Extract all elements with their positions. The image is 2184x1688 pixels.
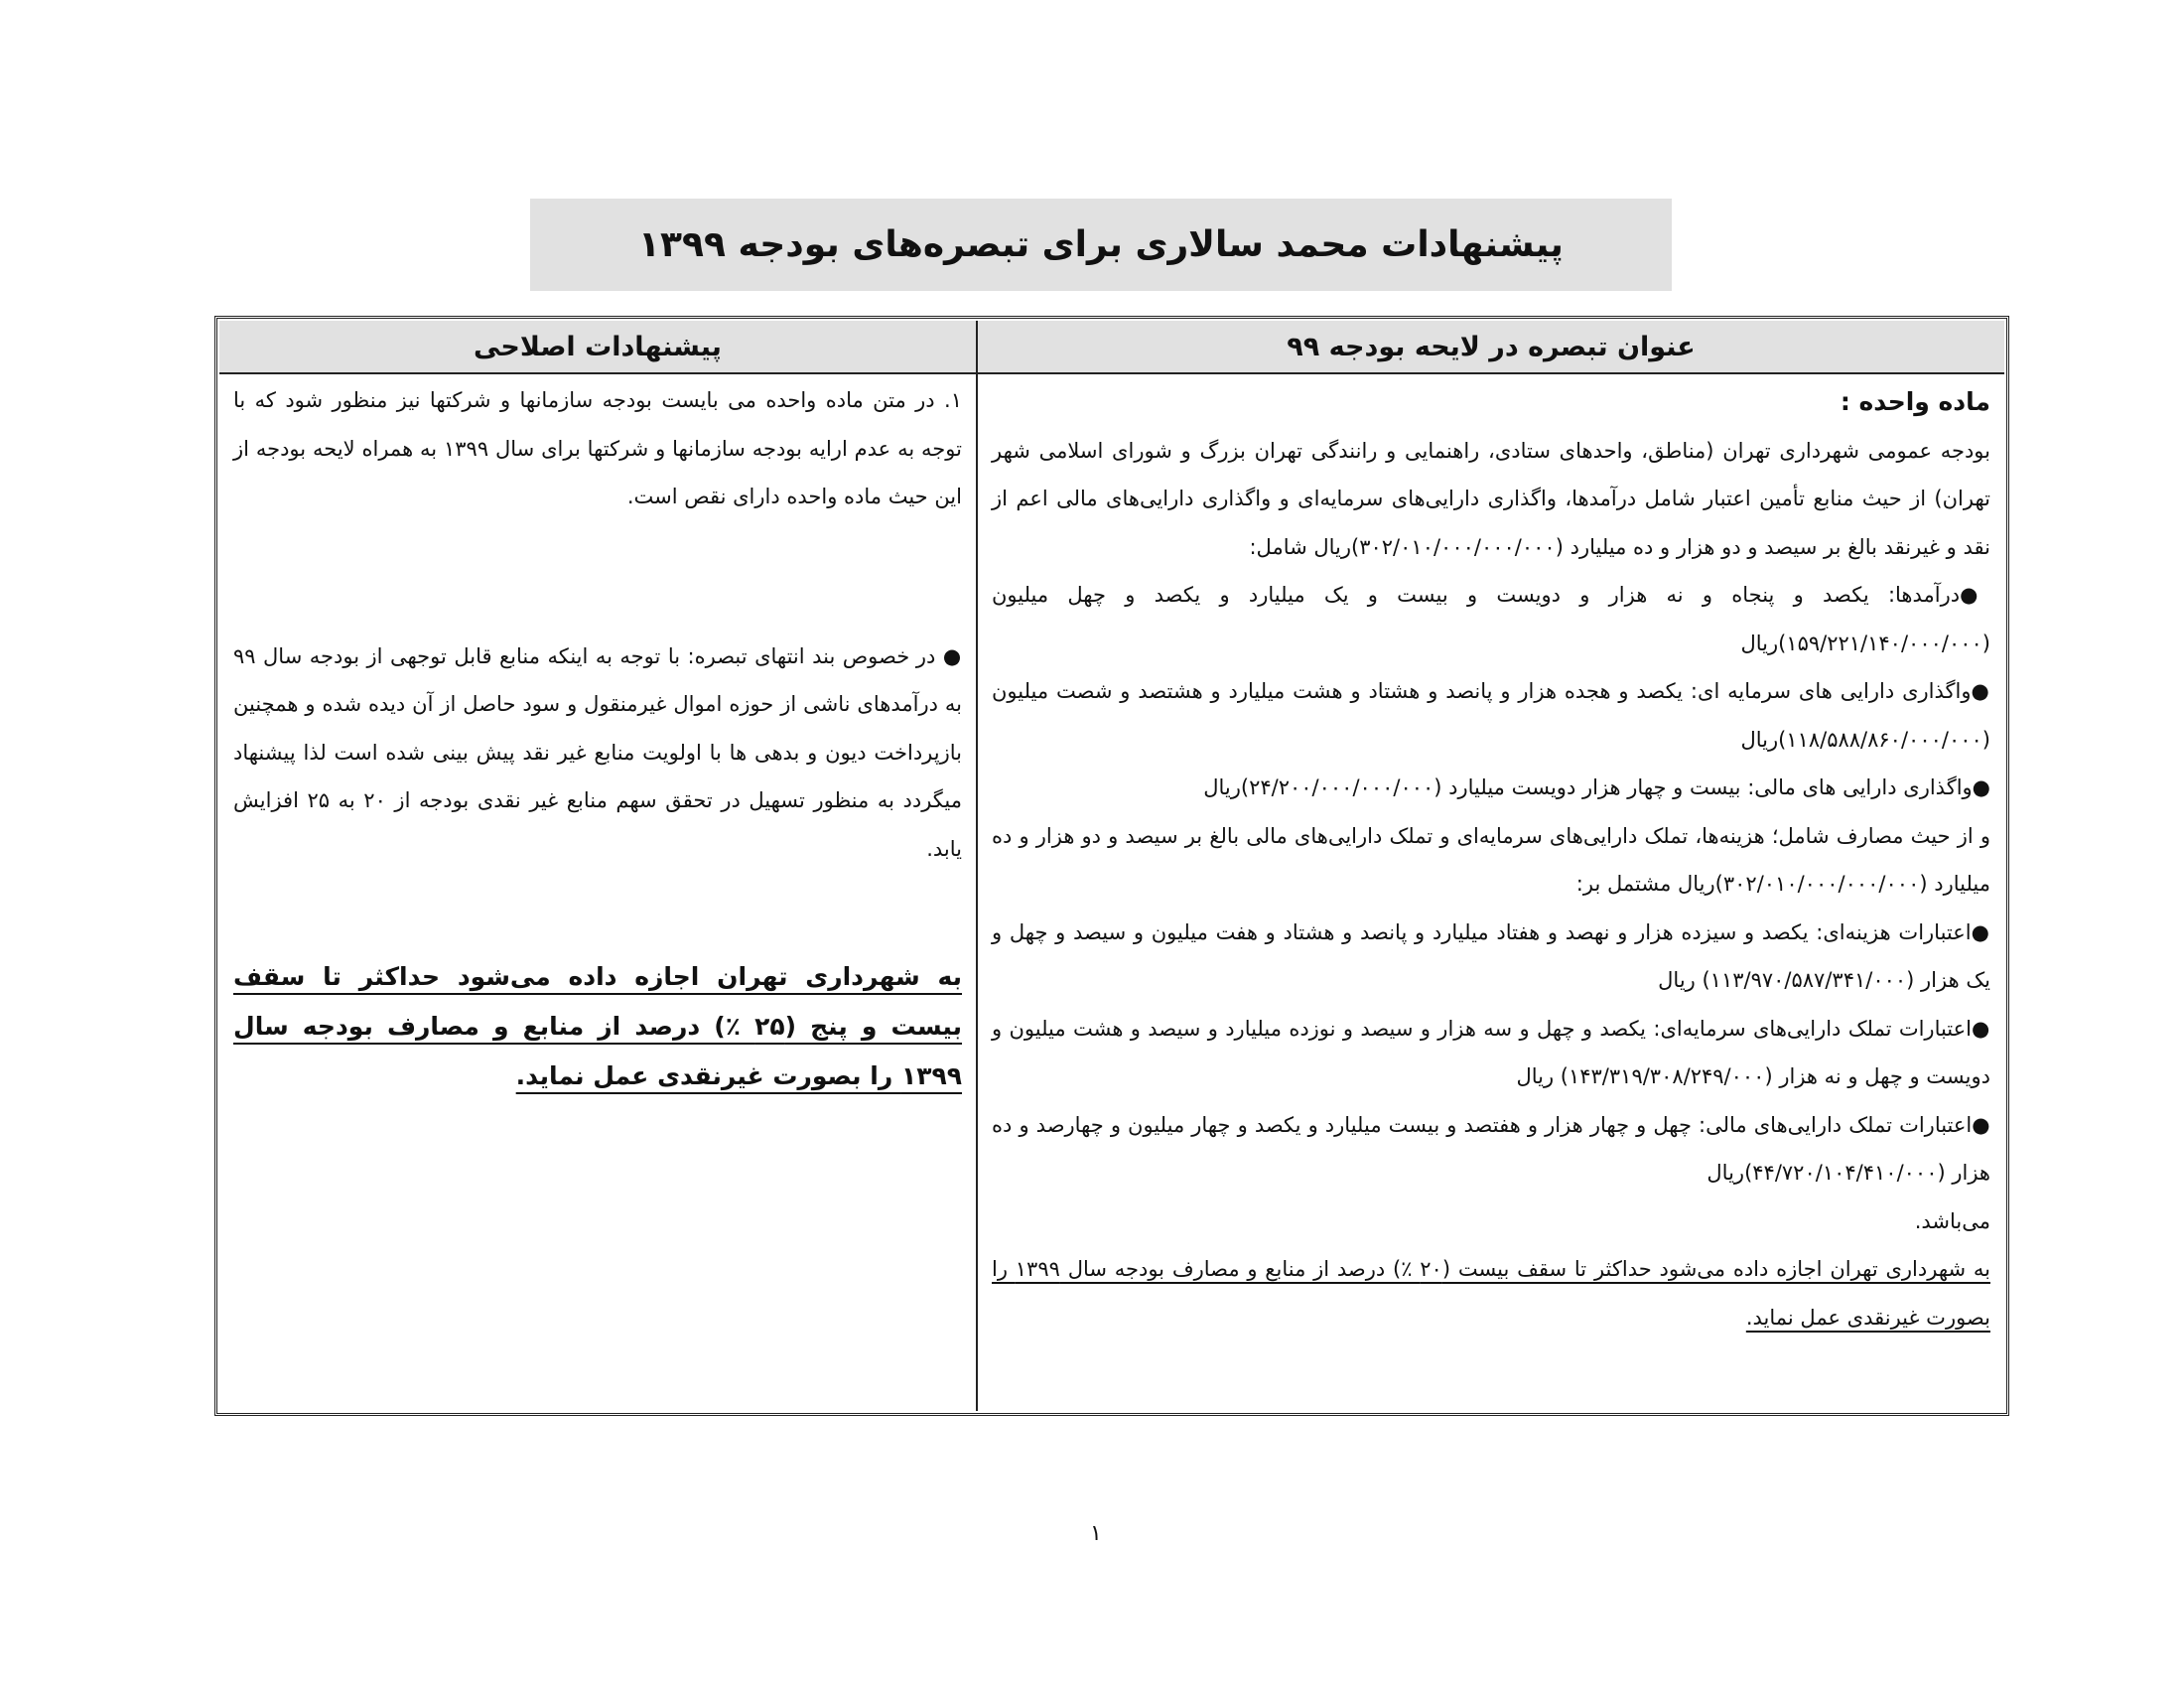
bullet-icon: ● bbox=[1971, 679, 1990, 703]
expenses-intro: و از حیث مصارف شامل؛ هزینه‌ها، تملک دارا… bbox=[992, 812, 1990, 909]
spacer bbox=[233, 521, 962, 633]
header-budget-note-title: عنوان تبصره در لایحه بودجه ۹۹ bbox=[977, 321, 2004, 373]
bullet-icon: ● bbox=[1960, 583, 1990, 607]
bullet-icon: ● bbox=[1972, 1017, 1990, 1041]
proposals-table: عنوان تبصره در لایحه بودجه ۹۹ پیشنهادات … bbox=[214, 316, 2009, 1416]
bullet-icon: ● bbox=[1973, 775, 1990, 799]
bullet-icon: ● bbox=[1972, 1113, 1990, 1137]
proposal-item-1: ۱. در متن ماده واحده می بایست بودجه سازم… bbox=[233, 376, 962, 521]
proposals-table-grid: عنوان تبصره در لایحه بودجه ۹۹ پیشنهادات … bbox=[219, 321, 2004, 1411]
budget-note-cell: ماده واحده : بودجه عمومی شهرداری تهران (… bbox=[977, 373, 2004, 1411]
list-item-capital-asset-disposal: ●واگذاری دارایی های سرمایه ای: یکصد و هج… bbox=[992, 667, 1990, 764]
table-header-row: عنوان تبصره در لایحه بودجه ۹۹ پیشنهادات … bbox=[219, 321, 2004, 373]
proposal-item-2: ● در خصوص بند انتهای تبصره: با توجه به ا… bbox=[233, 633, 962, 874]
bullet-icon: ● bbox=[1972, 920, 1990, 944]
original-non-cash-clause: به شهرداری تهران اجازه داده می‌شود حداکث… bbox=[992, 1245, 1990, 1341]
list-item-text: درآمدها: یکصد و پنجاه و نه هزار و دویست … bbox=[992, 583, 1990, 655]
bullet-icon: ● bbox=[943, 644, 962, 668]
list-item-financial-asset-disposal: ●واگذاری دارایی های مالی: بیست و چهار هز… bbox=[992, 764, 1990, 812]
sources-intro: بودجه عمومی شهرداری تهران (مناطق، واحدها… bbox=[992, 427, 1990, 572]
closing-text: می‌باشد. bbox=[992, 1197, 1990, 1246]
corrective-proposals-cell: ۱. در متن ماده واحده می بایست بودجه سازم… bbox=[219, 373, 977, 1411]
proposal-item-2-text: در خصوص بند انتهای تبصره: با توجه به این… bbox=[233, 644, 962, 861]
table-row: ماده واحده : بودجه عمومی شهرداری تهران (… bbox=[219, 373, 2004, 1411]
list-item-text: اعتبارات تملک دارایی‌های مالی: چهل و چها… bbox=[992, 1113, 1990, 1186]
list-item-capital-acquisition: ●اعتبارات تملک دارایی‌های سرمایه‌ای: یکص… bbox=[992, 1005, 1990, 1101]
list-item-text: اعتبارات هزینه‌ای: یکصد و سیزده هزار و ن… bbox=[992, 920, 1990, 993]
list-item-financial-acquisition: ●اعتبارات تملک دارایی‌های مالی: چهل و چه… bbox=[992, 1101, 1990, 1197]
list-item-revenues: ●درآمدها: یکصد و پنجاه و نه هزار و دویست… bbox=[992, 571, 1990, 667]
list-item-text: واگذاری دارایی های مالی: بیست و چهار هزا… bbox=[1203, 775, 1972, 799]
document-title-box: پیشنهادات محمد سالاری برای تبصره‌های بود… bbox=[530, 199, 1672, 291]
proposed-non-cash-clause: به شهرداری تهران اجازه داده می‌شود حداکث… bbox=[233, 952, 962, 1101]
header-corrective-proposals: پیشنهادات اصلاحی bbox=[219, 321, 977, 373]
list-item-text: اعتبارات تملک دارایی‌های سرمایه‌ای: یکصد… bbox=[992, 1017, 1990, 1089]
page-number: ۱ bbox=[1090, 1521, 1102, 1546]
list-item-text: واگذاری دارایی های سرمایه ای: یکصد و هجد… bbox=[992, 679, 1990, 752]
list-item-current-expenditure: ●اعتبارات هزینه‌ای: یکصد و سیزده هزار و … bbox=[992, 909, 1990, 1005]
spacer bbox=[233, 873, 962, 952]
document-title: پیشنهادات محمد سالاری برای تبصره‌های بود… bbox=[638, 224, 1564, 265]
section-heading: ماده واحده : bbox=[992, 378, 1990, 427]
